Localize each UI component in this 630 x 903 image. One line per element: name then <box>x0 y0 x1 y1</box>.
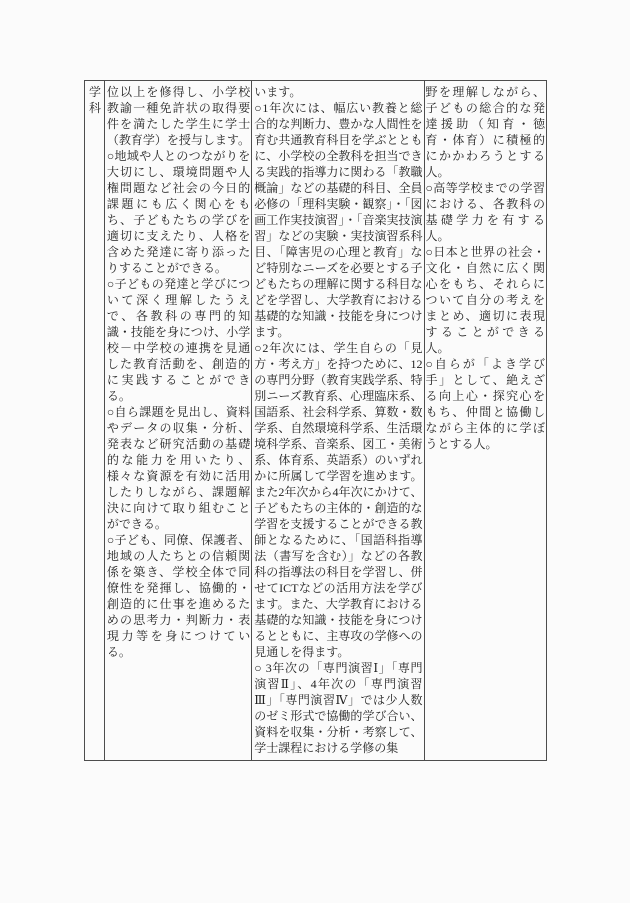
cell-diploma-policy: 位以上を修得し、小学校教諭一種免許状の取得要件を満たした学生に学士（教育学）を授… <box>105 81 252 760</box>
paragraph: 位以上を修得し、小学校教諭一種免許状の取得要件を満たした学生に学士（教育学）を授… <box>107 84 250 148</box>
paragraph: ○子どもの発達と学びについて深く理解したうえで、各教科の専門的知識・技能を身につ… <box>107 276 250 404</box>
paragraph: ○1年次には、幅広い教養と総合的な判断力、豊かな人間性を育む共通教育科目を学ぶと… <box>254 100 422 340</box>
paragraph: 野を理解しながら、子どもの総合的な発達援助（知育・徳育・体育）に積極的にかかわろ… <box>426 84 545 180</box>
paragraph: ○ 3年次の「専門演習Ⅰ」「専門演習Ⅱ」、4年次の「専門演習Ⅲ」「専門演習Ⅳ」で… <box>254 660 422 756</box>
paragraph: ○2年次には、学生自らの「見方・考え方」を持つために、12の専門分野（教育実践学… <box>254 340 422 660</box>
paragraph: ○自ら課題を見出し、資料やデータの収集・分析、発表など研究活動の基礎的な能力を用… <box>107 404 250 532</box>
row-header-gakka: 学科 <box>85 81 105 760</box>
paragraph: ○日本と世界の社会・文化・自然に広く関心をもち、それらについて自分の考えをまとめ… <box>426 244 545 356</box>
paragraph: います。 <box>254 84 422 100</box>
curriculum-table: 学科 位以上を修得し、小学校教諭一種免許状の取得要件を満たした学生に学士（教育学… <box>84 80 547 761</box>
paragraph: ○子ども、同僚、保護者、地域の人たちとの信頼関係を築き、学校全体で同僚性を発揮し… <box>107 532 250 660</box>
paragraph: ○高等学校までの学習における、各教科の基礎学力を有する人。 <box>426 180 545 244</box>
paragraph: ○自らが「よき学び手」として、絶えざる向上心・探究心をもち、仲間と協働しながら主… <box>426 356 545 452</box>
cell-curriculum-policy: います。○1年次には、幅広い教養と総合的な判断力、豊かな人間性を育む共通教育科目… <box>252 81 424 760</box>
cell-admission-policy: 野を理解しながら、子どもの総合的な発達援助（知育・徳育・体育）に積極的にかかわろ… <box>425 81 546 760</box>
paragraph: ○地域や人とのつながりを大切にし、環境問題や人権問題など社会の今日的課題にも広く… <box>107 148 250 276</box>
